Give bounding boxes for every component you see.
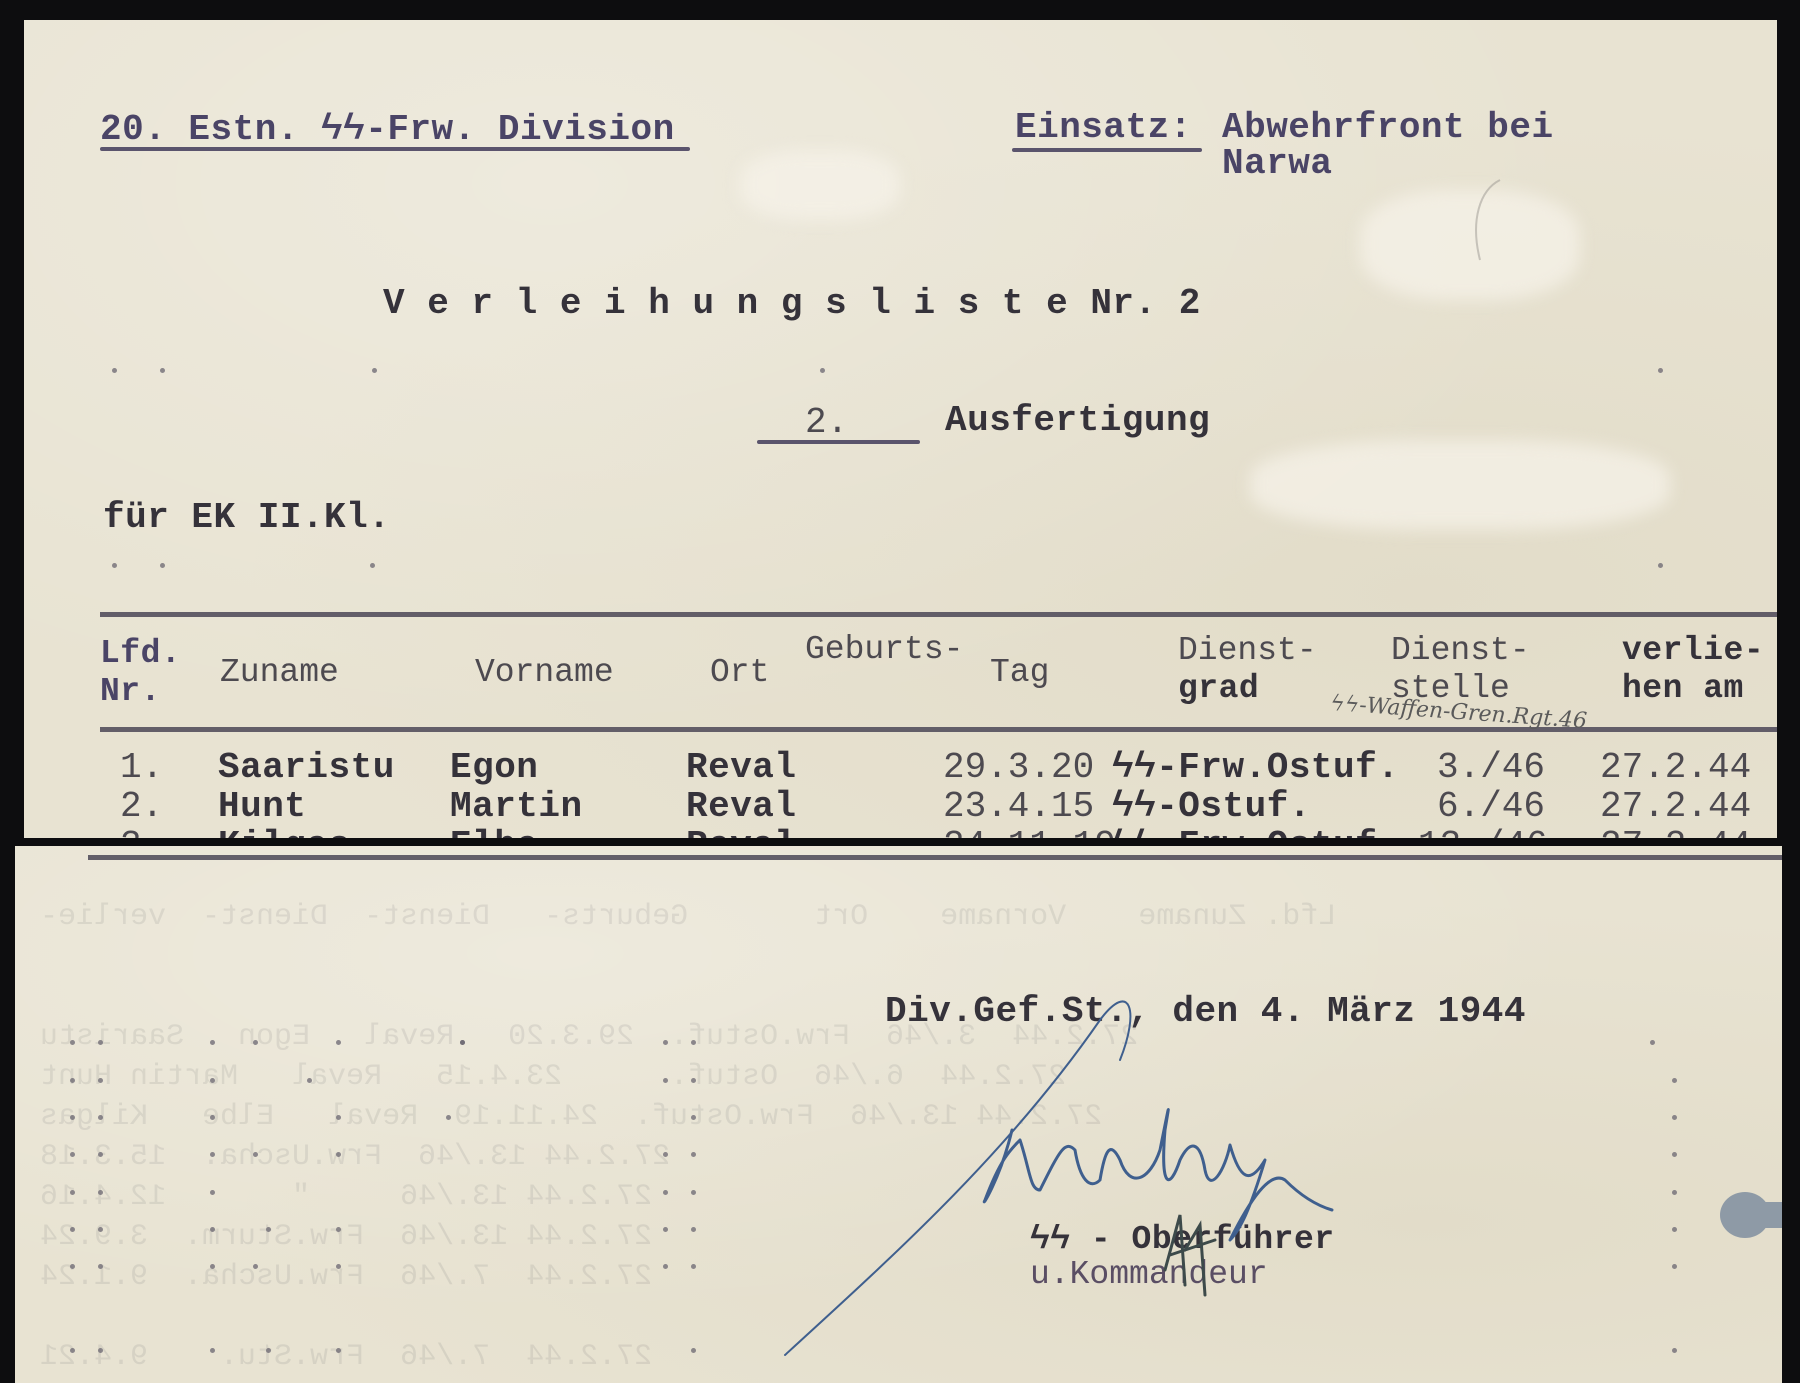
ink-blot xyxy=(1755,1202,1782,1228)
col-dienststelle-line1: Dienst- xyxy=(1391,634,1530,667)
guide-dot xyxy=(820,368,825,373)
guide-dot xyxy=(1658,368,1663,373)
guide-dot xyxy=(160,563,165,568)
cell-ort: Reval xyxy=(686,828,797,838)
guide-dot xyxy=(372,368,377,373)
copy-number-underline xyxy=(757,440,920,444)
cell-verliehen-am: 27.2.44 xyxy=(1600,828,1751,838)
cell-dienstgrad: ϟϟ-Frw.Ostuf. xyxy=(1112,750,1399,786)
cell-nr: 1. xyxy=(120,750,163,786)
cell-vorname: Elbe xyxy=(450,828,538,838)
guide-dot xyxy=(112,368,117,373)
faded-patch xyxy=(1250,440,1670,530)
deployment-label: Einsatz: xyxy=(1015,110,1192,146)
col-verliehen-line1: verlie- xyxy=(1622,634,1764,667)
col-zuname: Zuname xyxy=(220,656,339,689)
guide-dot xyxy=(160,368,165,373)
faded-patch xyxy=(740,150,900,220)
col-dienstgrad-line2: grad xyxy=(1178,672,1259,705)
deployment-value-line2: Narwa xyxy=(1222,146,1333,182)
col-geburts: Geburts- xyxy=(805,633,963,666)
cell-dienststelle: 3./46 xyxy=(1437,750,1545,786)
cell-zuname: Saaristu xyxy=(218,750,395,786)
bleed-through-text: 27.2.44 7./46 Frw.Stu. 9.4.21 xyxy=(40,1340,652,1374)
bleed-through-text: 27.2.44 13./46 Frw.Ostuf. 24.11.19 Reval… xyxy=(40,1100,1102,1134)
award-type: für EK II.Kl. xyxy=(103,500,390,536)
col-verliehen-line2: hen am xyxy=(1622,672,1744,705)
signatory-role: u.Kommandeur xyxy=(1030,1258,1268,1291)
col-tag: Tag xyxy=(990,656,1049,689)
col-dienstgrad-line1: Dienst- xyxy=(1178,634,1317,667)
table-top-rule xyxy=(100,612,1777,617)
cell-verliehen-am: 27.2.44 xyxy=(1600,750,1751,786)
cell-dienstgrad: ϟϟ-Frw.Ostuf. xyxy=(1112,828,1399,838)
faded-patch xyxy=(1360,190,1580,300)
deployment-underline xyxy=(1012,148,1202,152)
deployment-value-line1: Abwehrfront bei xyxy=(1222,110,1554,146)
table-row-clipped: 3. Kilgas Elbe Reval 24.11.19 ϟϟ-Frw.Ost… xyxy=(0,820,1800,838)
guide-dot xyxy=(370,563,375,568)
copy-number: 2. xyxy=(805,405,848,441)
bleed-through-text: 27.2.44 13./46 " 12.4.16 xyxy=(40,1180,652,1214)
col-lfd-line1: Lfd. xyxy=(100,637,181,670)
col-vorname: Vorname xyxy=(475,656,614,689)
signatory-rank: ϟϟ - Oberführer xyxy=(1030,1223,1335,1256)
bleed-through-text: 27.2.44 7./46 Frw.Uscha. 9.1.24 xyxy=(40,1260,652,1294)
unit-name: 20. Estn. ϟϟ-Frw. Division xyxy=(100,112,675,148)
scan-split-bar xyxy=(0,838,1800,846)
guide-dot xyxy=(1658,563,1663,568)
bleed-through-text: 27.2.44 13./46 Frw.Sturm. 3.9.24 xyxy=(40,1220,652,1254)
col-ort: Ort xyxy=(710,656,769,689)
cell-geburtstag: 24.11.19 xyxy=(943,828,1116,838)
unit-underline xyxy=(100,147,690,151)
col-lfd-line2: Nr. xyxy=(100,675,161,708)
bleed-through-text: Lfd. Zuname Vorname Ort Geburts- Dienst-… xyxy=(40,900,1336,934)
cell-geburtstag: 29.3.20 xyxy=(943,750,1094,786)
cell-dienststelle: 13./46 xyxy=(1418,828,1548,838)
cell-vorname: Egon xyxy=(450,750,538,786)
document-title: V e r l e i h u n g s l i s t e Nr. 2 xyxy=(383,286,1201,322)
guide-dot xyxy=(112,563,117,568)
cell-ort: Reval xyxy=(686,750,797,786)
bleed-through-text: 27.2.44 13./46 Frw.Uscha. 15.3.18 xyxy=(40,1140,670,1174)
bleed-through-text: 27.2.44 6./46 Ostuf. 23.4.15 Reval Marti… xyxy=(40,1060,1066,1094)
place-and-date: Div.Gef.St., den 4. März 1944 xyxy=(885,994,1526,1030)
cell-zuname: Kilgas xyxy=(218,828,351,838)
table-bottom-rule xyxy=(88,855,1782,860)
copy-label: Ausfertigung xyxy=(945,403,1210,439)
cell-nr: 3. xyxy=(120,828,163,838)
